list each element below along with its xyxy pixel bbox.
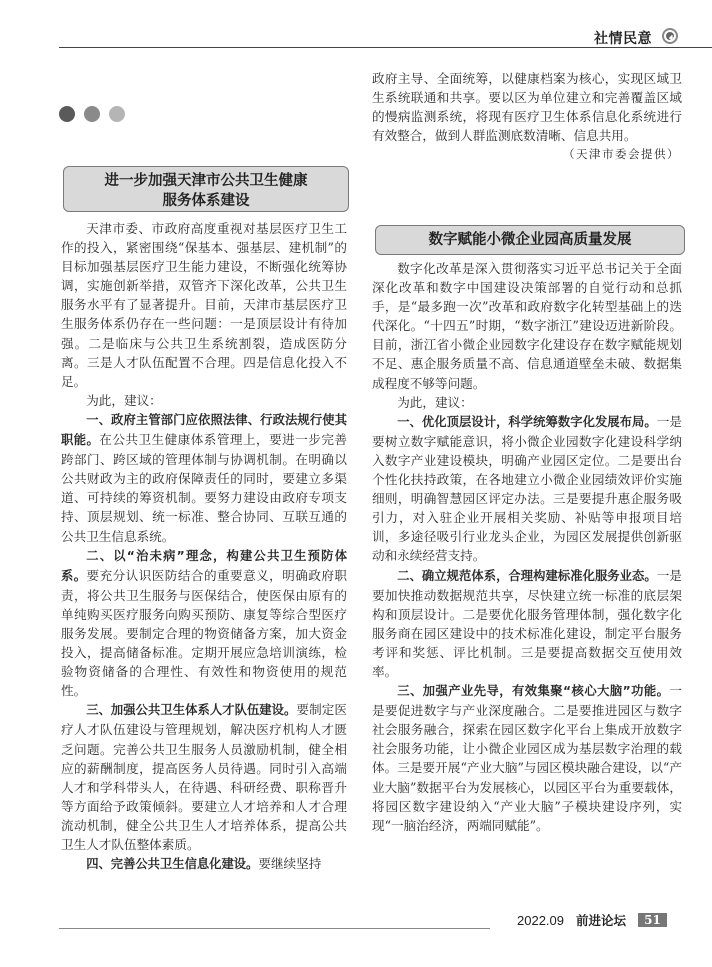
article2-lead: 为此，建议： xyxy=(372,393,682,412)
article1-point-3-text: 要制定医疗人才队伍建设与管理规划，解决医疗机构人才匮乏问题。完善公共卫生服务人员… xyxy=(61,702,347,852)
article1-title-line1: 进一步加强天津市公共卫生健康 xyxy=(64,171,348,191)
article2-point-1-heading: 一、优化顶层设计，科学统筹数字化发展布局。 xyxy=(397,415,657,429)
article2-point-1: 一、优化顶层设计，科学统筹数字化发展布局。一是要树立数字赋能意识，将小微企业园数… xyxy=(372,412,682,566)
decorative-dots xyxy=(59,106,125,122)
article1-point-2-text: 要充分认识医防结合的重要意义，明确政府职责，将公共卫生服务与医保结合，使医保由原… xyxy=(61,568,347,699)
article2-point-1-text: 一是要树立数字赋能意识，将小微企业园数字化建设科学纳入数字产业建设模块，明确产业… xyxy=(372,414,682,564)
article2-title: 数字赋能小微企业园高质量发展 xyxy=(376,226,684,254)
article1-source: （天津市委会提供） xyxy=(372,145,682,164)
dot-dark xyxy=(59,106,75,122)
article2-title-box: 数字赋能小微企业园高质量发展 xyxy=(375,225,685,255)
section-title: 社情民意 xyxy=(594,28,652,48)
article2-body: 数字化改革是深入贯彻落实习近平总书记关于全面深化改革和数字中国建设决策部署的自觉… xyxy=(372,259,682,835)
arrow-left-icon xyxy=(667,33,677,43)
article1-point-3: 三、加强公共卫生体系人才队伍建设。要制定医疗人才队伍建设与管理规划，解决医疗机构… xyxy=(61,700,347,854)
article2-point-3-heading: 三、加强产业先导，有效集聚“核心大脑”功能。 xyxy=(397,684,669,698)
article2-point-2-text: 一是要加快推动数据规范共享，尽快建立统一标准的底层架构和顶层设计。二是要优化服务… xyxy=(372,568,682,679)
article1-title-line2: 服务体系建设 xyxy=(64,191,348,211)
footer-rule xyxy=(59,928,490,929)
article1-point-3-heading: 三、加强公共卫生体系人才队伍建设。 xyxy=(86,703,296,717)
article1-point-4: 四、完善公共卫生信息化建设。要继续坚持 xyxy=(61,854,347,874)
dot-light xyxy=(109,106,125,122)
article1-body-left: 天津市委、市政府高度重视对基层医疗卫生工作的投入，紧密围绕“保基本、强基层、建机… xyxy=(61,219,347,874)
article2-point-2-heading: 二、确立规范体系，合理构建标准化服务业态。 xyxy=(397,569,657,583)
issue-date: 2022.09 xyxy=(517,913,564,928)
article1-point-2: 二、以“治未病”理念，构建公共卫生预防体系。要充分认识医防结合的重要意义，明确政… xyxy=(61,546,347,701)
dot-mid xyxy=(84,106,100,122)
article2-intro: 数字化改革是深入贯彻落实习近平总书记关于全面深化改革和数字中国建设决策部署的自觉… xyxy=(372,259,682,393)
article2-point-3: 三、加强产业先导，有效集聚“核心大脑”功能。一是要促进数字与产业深度融合。二是要… xyxy=(372,681,682,835)
page-footer: 2022.09 前进论坛 51 xyxy=(517,911,667,929)
article1-title-box: 进一步加强天津市公共卫生健康 服务体系建设 xyxy=(63,166,349,212)
article1-point-1-text: 在公共卫生健康体系管理上，要进一步完善跨部门、跨区域的管理体制与协调机制。在明确… xyxy=(61,432,347,543)
article2-point-3-text: 一是要促进数字与产业深度融合。二是要推进园区与数字社会服务融合，探索在园区数字化… xyxy=(372,683,682,833)
article1-lead: 为此，建议： xyxy=(61,391,347,410)
article1-point-4-text: 要继续坚持 xyxy=(258,856,321,871)
article1-point-1: 一、政府主管部门应依照法律、行政法规行使其职能。在公共卫生健康体系管理上，要进一… xyxy=(61,410,347,546)
article1-point-4-heading: 四、完善公共卫生信息化建设。 xyxy=(86,857,258,871)
page-number: 51 xyxy=(638,913,667,927)
article2-point-2: 二、确立规范体系，合理构建标准化服务业态。一是要加快推动数据规范共享，尽快建立统… xyxy=(372,566,682,682)
article1-intro: 天津市委、市政府高度重视对基层医疗卫生工作的投入，紧密围绕“保基本、强基层、建机… xyxy=(61,219,347,391)
article1-body-right: 政府主导、全面统筹，以健康档案为核心，实现区域卫生系统联通和共享。要以区为单位建… xyxy=(372,69,682,164)
article1-point-4-continued: 政府主导、全面统筹，以健康档案为核心，实现区域卫生系统联通和共享。要以区为单位建… xyxy=(372,69,682,145)
back-arrow-circle-icon xyxy=(662,28,678,44)
publication-name: 前进论坛 xyxy=(576,911,626,929)
